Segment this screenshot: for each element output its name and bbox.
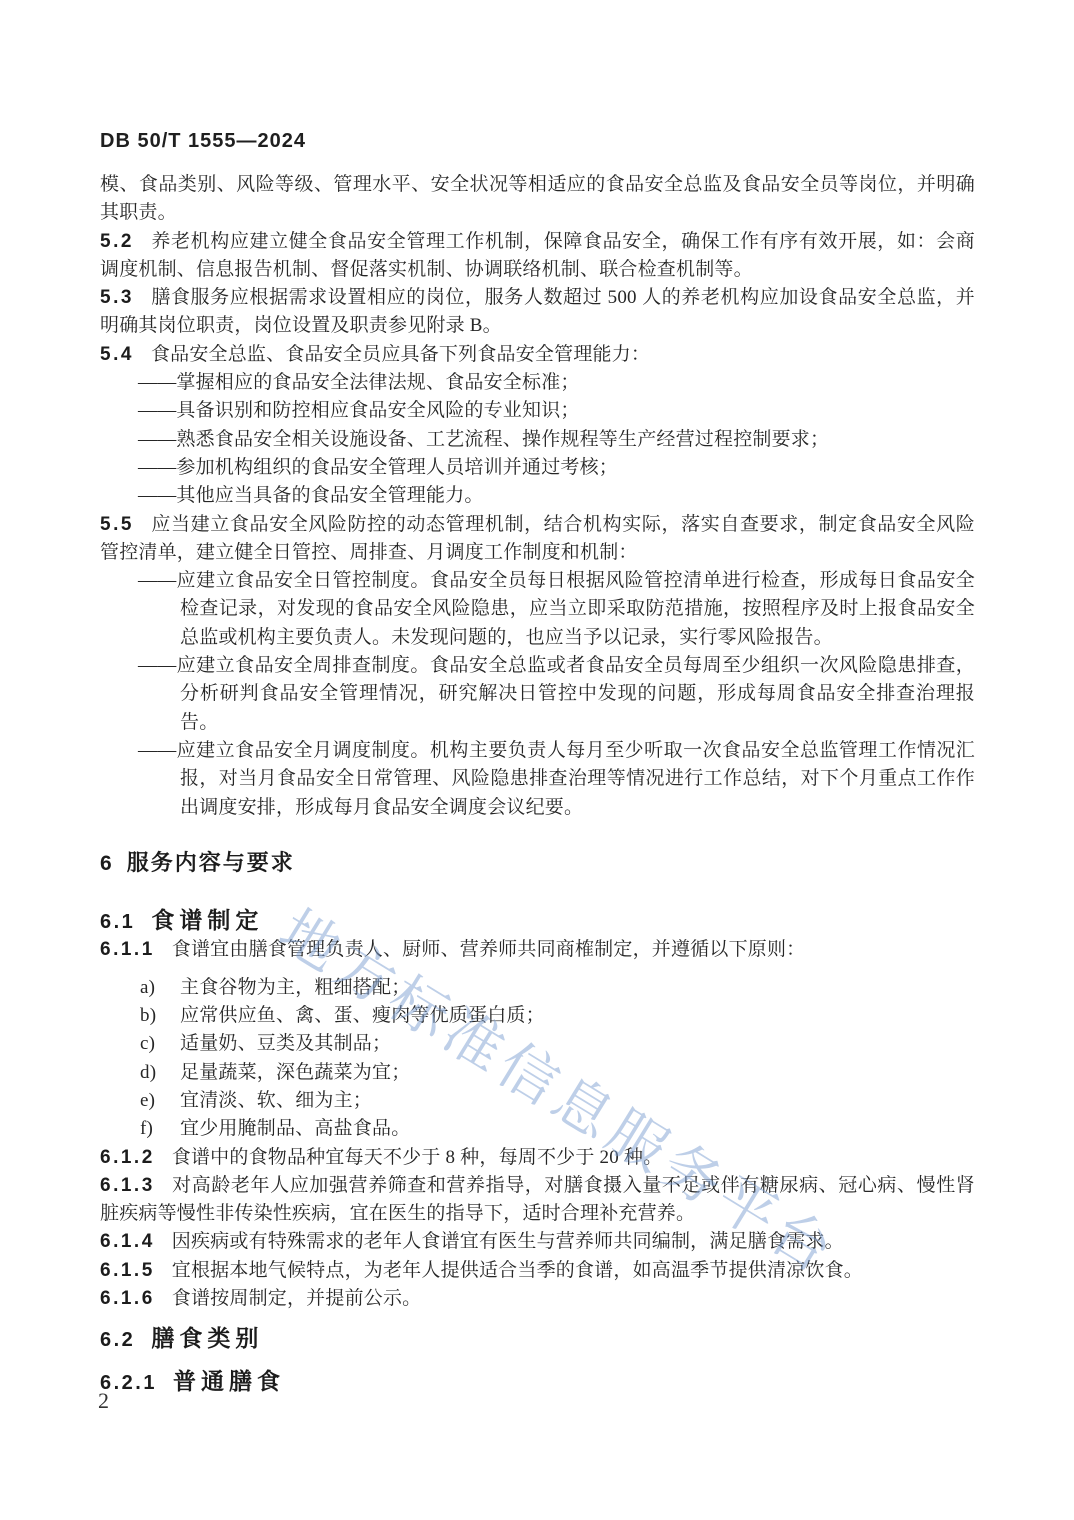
clause-text: 养老机构应建立健全食品安全管理工作机制，保障食品安全，确保工作有序有效开展，如：…: [100, 231, 975, 280]
list-text: 宜少用腌制品、高盐食品。: [180, 1118, 410, 1139]
list-marker: a): [140, 974, 180, 1002]
clause-6-1-6: 6.1.6食谱按周制定，并提前公示。: [100, 1285, 975, 1313]
document-page: 地方标准信息服务平台 DB 50/T 1555—2024 模、食品类别、风险等级…: [0, 0, 1074, 1520]
clause-number: 6.1.4: [100, 1231, 155, 1252]
clause-number: 5.5: [100, 514, 134, 535]
dash-list-5-5: ——应建立食品安全日管控制度。食品安全员每日根据风险管控清单进行检查，形成每日食…: [100, 567, 975, 822]
section-heading-6-2-1: 6.2.1普通膳食: [100, 1367, 975, 1397]
clause-5-2: 5.2养老机构应建立健全食品安全管理工作机制，保障食品安全，确保工作有序有效开展…: [100, 228, 975, 285]
clause-number: 5.4: [100, 344, 134, 365]
clause-number: 5.3: [100, 287, 134, 308]
standard-number-header: DB 50/T 1555—2024: [100, 130, 306, 153]
clause-5-3: 5.3膳食服务应根据需求设置相应的岗位，服务人数超过 500 人的养老机构应加设…: [100, 284, 975, 341]
list-text: 应常供应鱼、禽、蛋、瘦肉等优质蛋白质；: [180, 1005, 545, 1026]
list-item: ——应建立食品安全月调度制度。机构主要负责人每月至少听取一次食品安全总监管理工作…: [100, 737, 975, 822]
heading-number: 6.2: [100, 1329, 135, 1351]
clause-text: 膳食服务应根据需求设置相应的岗位，服务人数超过 500 人的养老机构应加设食品安…: [100, 287, 975, 336]
alpha-list-6-1-1: a)主食谷物为主，粗细搭配； b)应常供应鱼、禽、蛋、瘦肉等优质蛋白质； c)适…: [100, 974, 975, 1144]
list-marker: d): [140, 1059, 180, 1087]
list-item: b)应常供应鱼、禽、蛋、瘦肉等优质蛋白质；: [100, 1002, 975, 1030]
list-text: 足量蔬菜，深色蔬菜为宜；: [180, 1062, 410, 1083]
clause-5-5: 5.5应当建立食品安全风险防控的动态管理机制，结合机构实际，落实自查要求，制定食…: [100, 511, 975, 568]
list-item: ——参加机构组织的食品安全管理人员培训并通过考核；: [100, 454, 975, 482]
clause-number: 6.1.6: [100, 1288, 155, 1309]
page-number: 2: [98, 1388, 109, 1414]
list-marker: e): [140, 1087, 180, 1115]
list-item: f)宜少用腌制品、高盐食品。: [100, 1115, 975, 1143]
clause-number: 6.1.1: [100, 939, 155, 960]
list-marker: b): [140, 1002, 180, 1030]
clause-text: 宜根据本地气候特点，为老年人提供适合当季的食谱，如高温季节提供清凉饮食。: [172, 1260, 863, 1281]
clause-6-1-2: 6.1.2食谱中的食物品种宜每天不少于 8 种，每周不少于 20 种。: [100, 1144, 975, 1172]
dash-list-5-4: ——掌握相应的食品安全法律法规、食品安全标准； ——具备识别和防控相应食品安全风…: [100, 369, 975, 510]
list-item: c)适量奶、豆类及其制品；: [100, 1030, 975, 1058]
clause-6-1-4: 6.1.4因疾病或有特殊需求的老年人食谱宜有医生与营养师共同编制，满足膳食需求。: [100, 1228, 975, 1256]
list-item: ——具备识别和防控相应食品安全风险的专业知识；: [100, 397, 975, 425]
list-item: d)足量蔬菜，深色蔬菜为宜；: [100, 1059, 975, 1087]
clause-text: 对高龄老年人应加强营养筛查和营养指导，对膳食摄入量不足或伴有糖尿病、冠心病、慢性…: [100, 1175, 975, 1224]
clause-number: 6.1.2: [100, 1147, 155, 1168]
heading-title: 普通膳食: [173, 1368, 285, 1394]
heading-title: 服务内容与要求: [127, 850, 295, 875]
list-text: 主食谷物为主，粗细搭配；: [180, 977, 410, 998]
clause-text: 食谱中的食物品种宜每天不少于 8 种，每周不少于 20 种。: [172, 1147, 663, 1168]
clause-6-1-1: 6.1.1食谱宜由膳食管理负责人、厨师、营养师共同商榷制定，并遵循以下原则：: [100, 936, 975, 964]
list-item: ——应建立食品安全周排查制度。食品安全总监或者食品安全员每周至少组织一次风险隐患…: [100, 652, 975, 737]
clause-text: 食谱按周制定，并提前公示。: [172, 1288, 422, 1309]
list-text: 宜清淡、软、细为主；: [180, 1090, 372, 1111]
page-body: 模、食品类别、风险等级、管理水平、安全状况等相适应的食品安全总监及食品安全员等岗…: [100, 171, 975, 1397]
list-item: e)宜清淡、软、细为主；: [100, 1087, 975, 1115]
clause-5-4: 5.4食品安全总监、食品安全员应具备下列食品安全管理能力：: [100, 341, 975, 369]
clause-text: 因疾病或有特殊需求的老年人食谱宜有医生与营养师共同编制，满足膳食需求。: [172, 1231, 844, 1252]
list-item: a)主食谷物为主，粗细搭配；: [100, 974, 975, 1002]
clause-text: 应当建立食品安全风险防控的动态管理机制，结合机构实际，落实自查要求，制定食品安全…: [100, 514, 975, 563]
clause-text: 食品安全总监、食品安全员应具备下列食品安全管理能力：: [151, 344, 650, 365]
list-marker: f): [140, 1115, 180, 1143]
clause-6-1-3: 6.1.3对高龄老年人应加强营养筛查和营养指导，对膳食摄入量不足或伴有糖尿病、冠…: [100, 1172, 975, 1229]
clause-6-1-5: 6.1.5宜根据本地气候特点，为老年人提供适合当季的食谱，如高温季节提供清凉饮食…: [100, 1257, 975, 1285]
heading-number: 6.1: [100, 911, 135, 933]
list-text: 适量奶、豆类及其制品；: [180, 1033, 391, 1054]
heading-title: 食谱制定: [151, 907, 263, 933]
list-item: ——应建立食品安全日管控制度。食品安全员每日根据风险管控清单进行检查，形成每日食…: [100, 567, 975, 652]
list-item: ——掌握相应的食品安全法律法规、食品安全标准；: [100, 369, 975, 397]
clause-text: 食谱宜由膳食管理负责人、厨师、营养师共同商榷制定，并遵循以下原则：: [172, 939, 806, 960]
clause-number: 6.1.5: [100, 1260, 155, 1281]
section-heading-6-2: 6.2膳食类别: [100, 1324, 975, 1354]
heading-number: 6: [100, 852, 112, 875]
section-heading-6: 6服务内容与要求: [100, 849, 975, 878]
section-heading-6-1: 6.1食谱制定: [100, 906, 975, 936]
heading-title: 膳食类别: [151, 1325, 263, 1351]
clause-number: 5.2: [100, 231, 134, 252]
clause-number: 6.1.3: [100, 1175, 155, 1196]
list-marker: c): [140, 1030, 180, 1058]
list-item: ——其他应当具备的食品安全管理能力。: [100, 482, 975, 510]
list-item: ——熟悉食品安全相关设施设备、工艺流程、操作规程等生产经营过程控制要求；: [100, 426, 975, 454]
paragraph-continued: 模、食品类别、风险等级、管理水平、安全状况等相适应的食品安全总监及食品安全员等岗…: [100, 171, 975, 228]
